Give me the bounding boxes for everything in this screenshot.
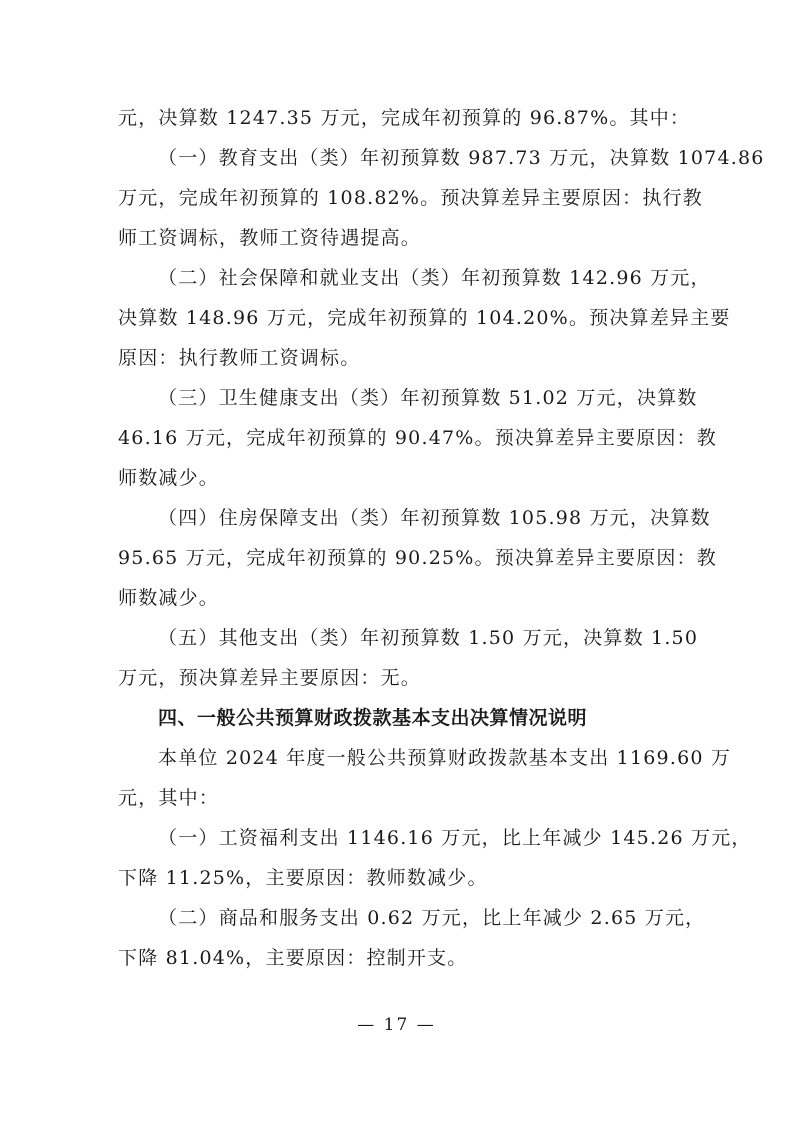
section-heading: 四、一般公共预算财政拨款基本支出决算情况说明 (118, 698, 722, 738)
text-line-goods-services: （二）商品和服务支出 0.62 万元，比上年减少 2.65 万元， (118, 898, 722, 938)
text-line: 元，其中： (118, 778, 722, 818)
text-line-salary-welfare: （一）工资福利支出 1146.16 万元，比上年减少 145.26 万元， (118, 818, 722, 858)
text-line: 原因：执行教师工资调标。 (118, 338, 722, 378)
text-line: 95.65 万元，完成年初预算的 90.25%。预决算差异主要原因：教 (118, 538, 722, 578)
text-line: 师工资调标，教师工资待遇提高。 (118, 218, 722, 258)
text-line-basic-expenditure-total: 本单位 2024 年度一般公共预算财政拨款基本支出 1169.60 万 (118, 738, 722, 778)
text-line: 万元，完成年初预算的 108.82%。预决算差异主要原因：执行教 (118, 178, 722, 218)
text-line-housing-expenditure: （四）住房保障支出（类）年初预算数 105.98 万元，决算数 (118, 498, 722, 538)
text-line: 元，决算数 1247.35 万元，完成年初预算的 96.87%。其中： (118, 98, 722, 138)
text-line-social-security-expenditure: （二）社会保障和就业支出（类）年初预算数 142.96 万元， (118, 258, 722, 298)
text-line: 万元，预决算差异主要原因：无。 (118, 658, 722, 698)
text-line: 46.16 万元，完成年初预算的 90.47%。预决算差异主要原因：教 (118, 418, 722, 458)
text-line: 师数减少。 (118, 578, 722, 618)
text-line: 师数减少。 (118, 458, 722, 498)
page-number: — 17 — (0, 1010, 793, 1040)
text-line-health-expenditure: （三）卫生健康支出（类）年初预算数 51.02 万元，决算数 (118, 378, 722, 418)
text-line-other-expenditure: （五）其他支出（类）年初预算数 1.50 万元，决算数 1.50 (118, 618, 722, 658)
document-page: 元，决算数 1247.35 万元，完成年初预算的 96.87%。其中： （一）教… (118, 98, 722, 978)
text-line-education-expenditure: （一）教育支出（类）年初预算数 987.73 万元，决算数 1074.86 (118, 138, 722, 178)
text-line: 下降 11.25%，主要原因：教师数减少。 (118, 858, 722, 898)
text-line: 下降 81.04%，主要原因：控制开支。 (118, 938, 722, 978)
text-line: 决算数 148.96 万元，完成年初预算的 104.20%。预决算差异主要 (118, 298, 722, 338)
